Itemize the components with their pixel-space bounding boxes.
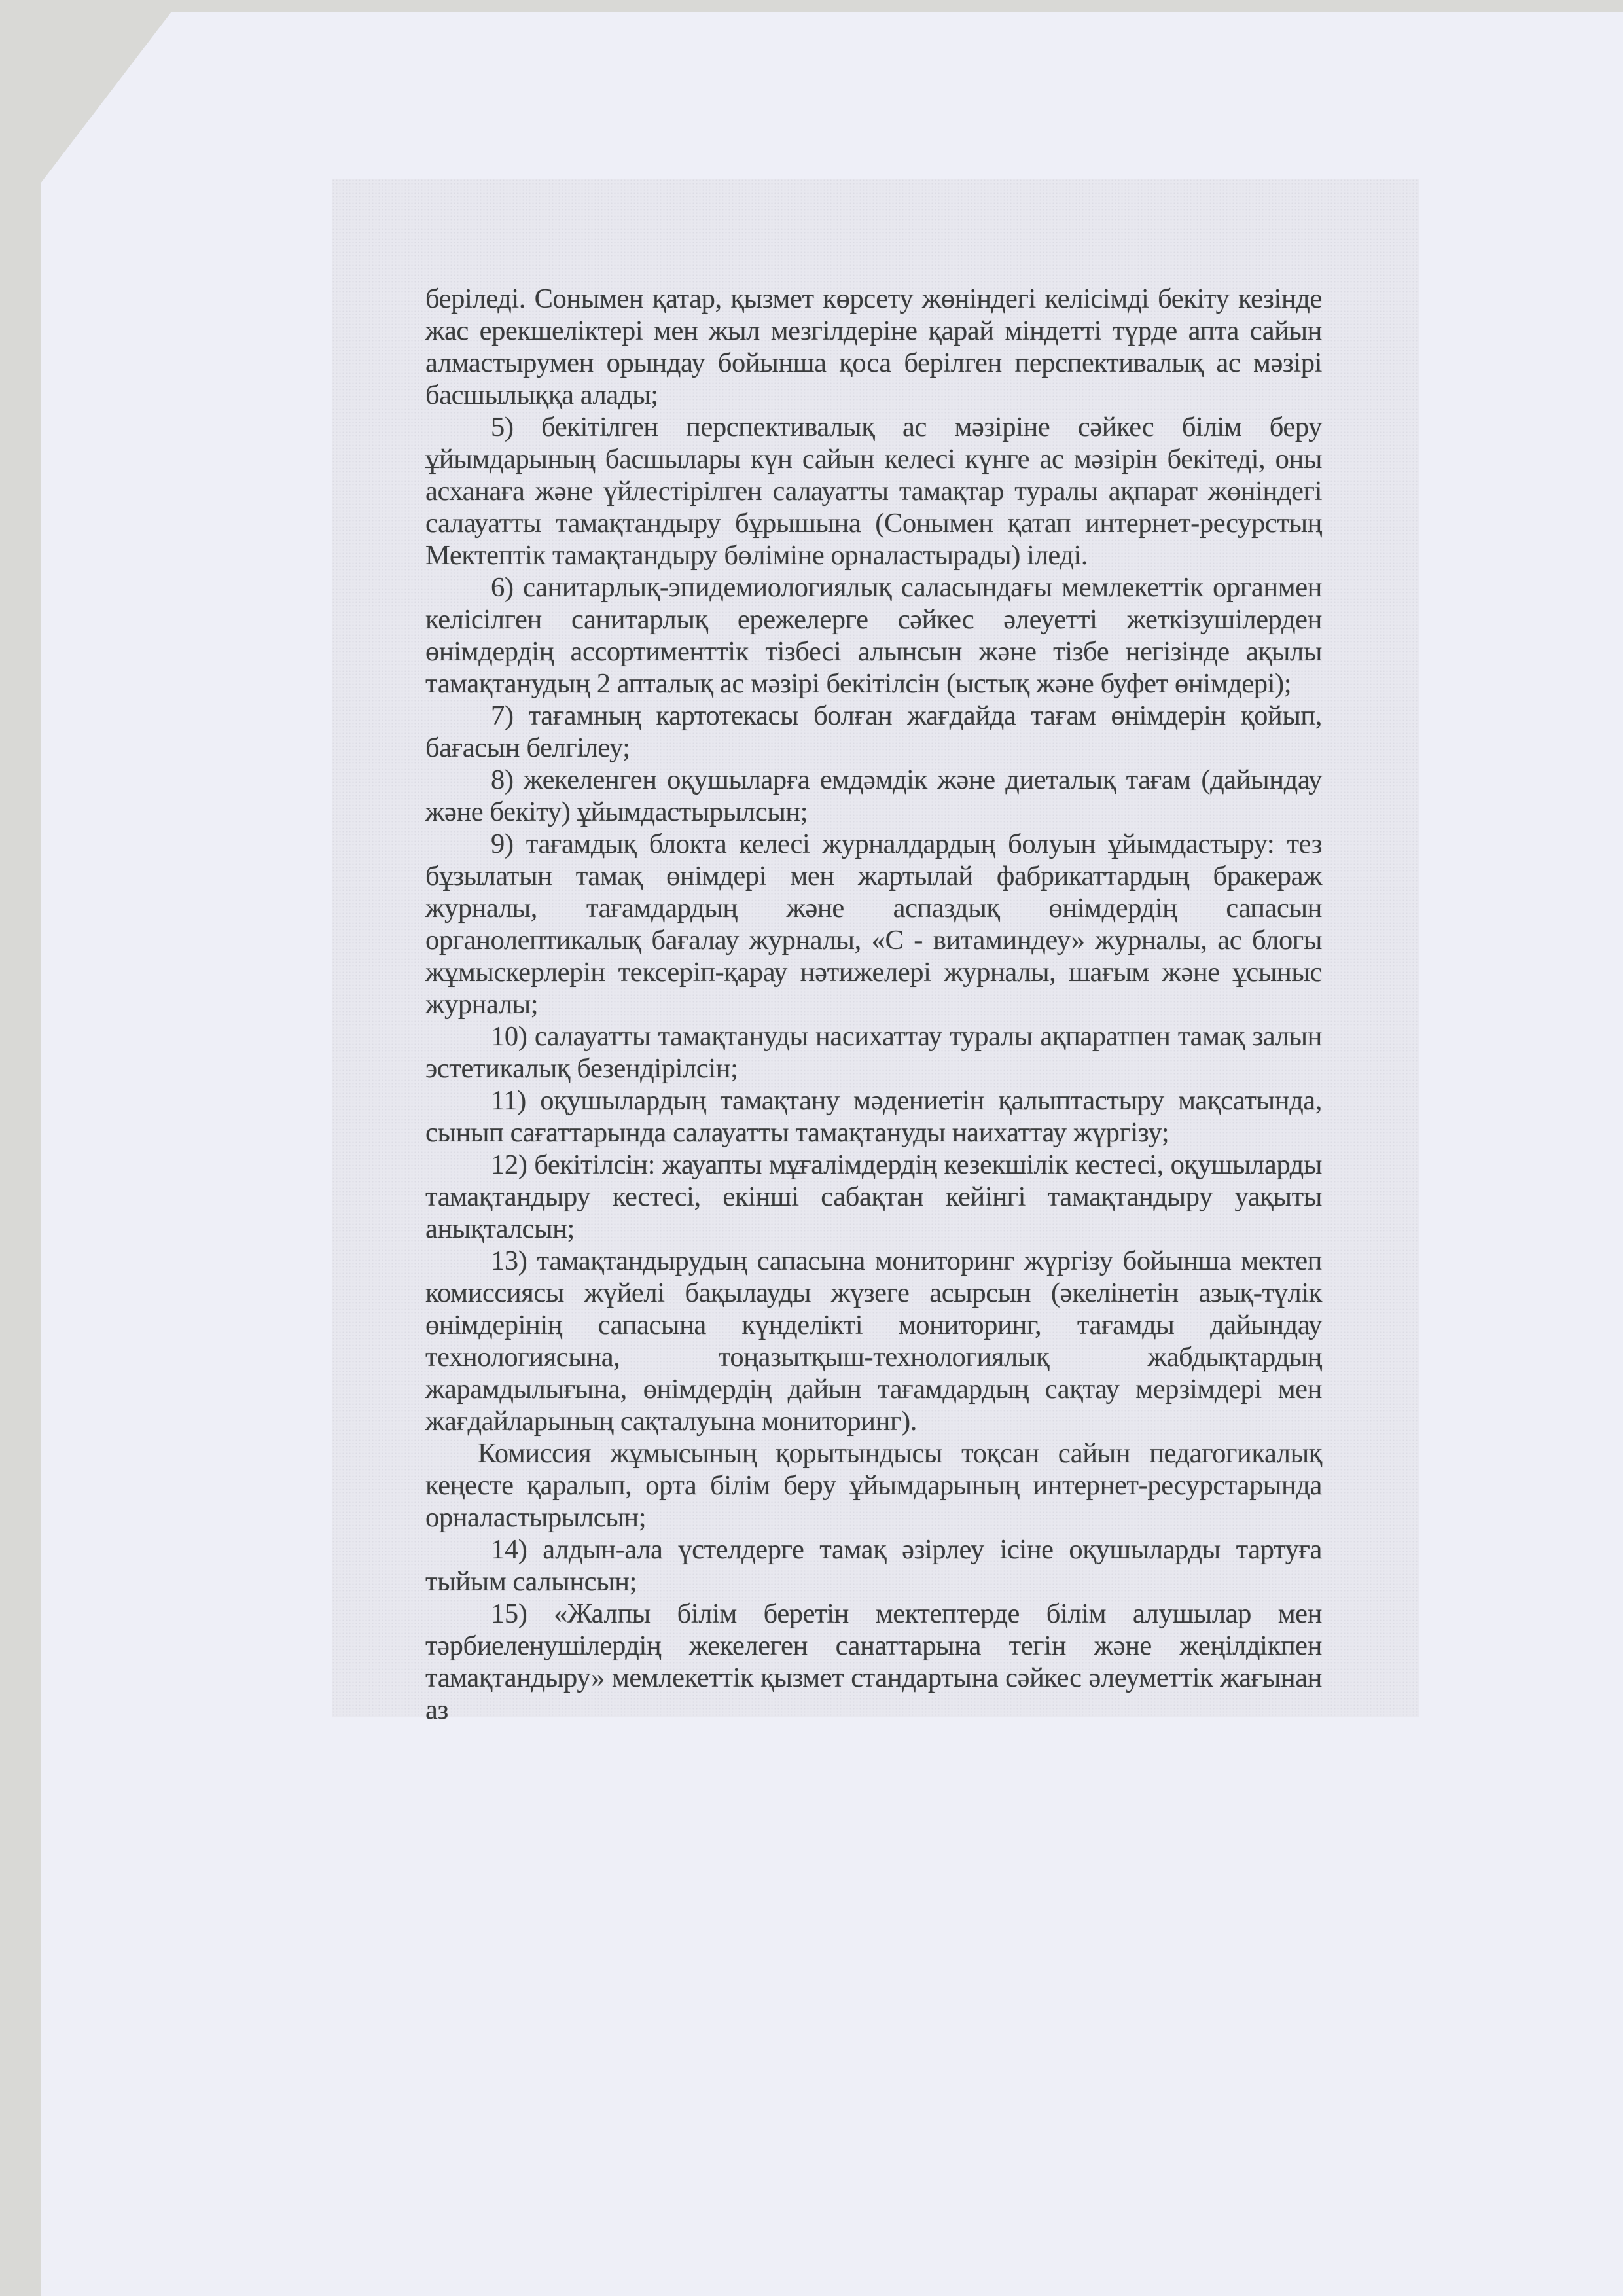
paragraph-continuation: беріледі. Сонымен қатар, қызмет көрсету … (425, 283, 1322, 411)
paragraph-item-14: 14) алдын-ала үстелдерге тамақ әзірлеу і… (425, 1534, 1322, 1598)
paragraph-item-5: 5) бекітілген перспективалық ас мәзіріне… (425, 411, 1322, 571)
paragraph-item-15: 15) «Жалпы білім беретін мектептерде біл… (425, 1598, 1322, 1726)
paragraph-item-13: 13) тамақтандырудың сапасына мониторинг … (425, 1245, 1322, 1437)
paragraph-item-8: 8) жекеленген оқушыларға емдәмдік және д… (425, 764, 1322, 828)
paragraph-item-10: 10) салауатты тамақтануды насихаттау тур… (425, 1020, 1322, 1085)
document-body: беріледі. Сонымен қатар, қызмет көрсету … (425, 283, 1322, 1726)
paragraph-item-12: 12) бекітілсін: жауапты мұғалімдердің ке… (425, 1149, 1322, 1245)
paragraph-item-7: 7) тағамның картотекасы болған жағдайда … (425, 700, 1322, 764)
paragraph-item-11: 11) оқушылардың тамақтану мәдениетін қал… (425, 1085, 1322, 1149)
paragraph-item-6: 6) санитарлық-эпидемиологиялық саласында… (425, 571, 1322, 700)
paragraph-commission: Комиссия жұмысының қорытындысы тоқсан са… (425, 1437, 1322, 1534)
paragraph-item-9: 9) тағамдық блокта келесі журналдардың б… (425, 828, 1322, 1020)
